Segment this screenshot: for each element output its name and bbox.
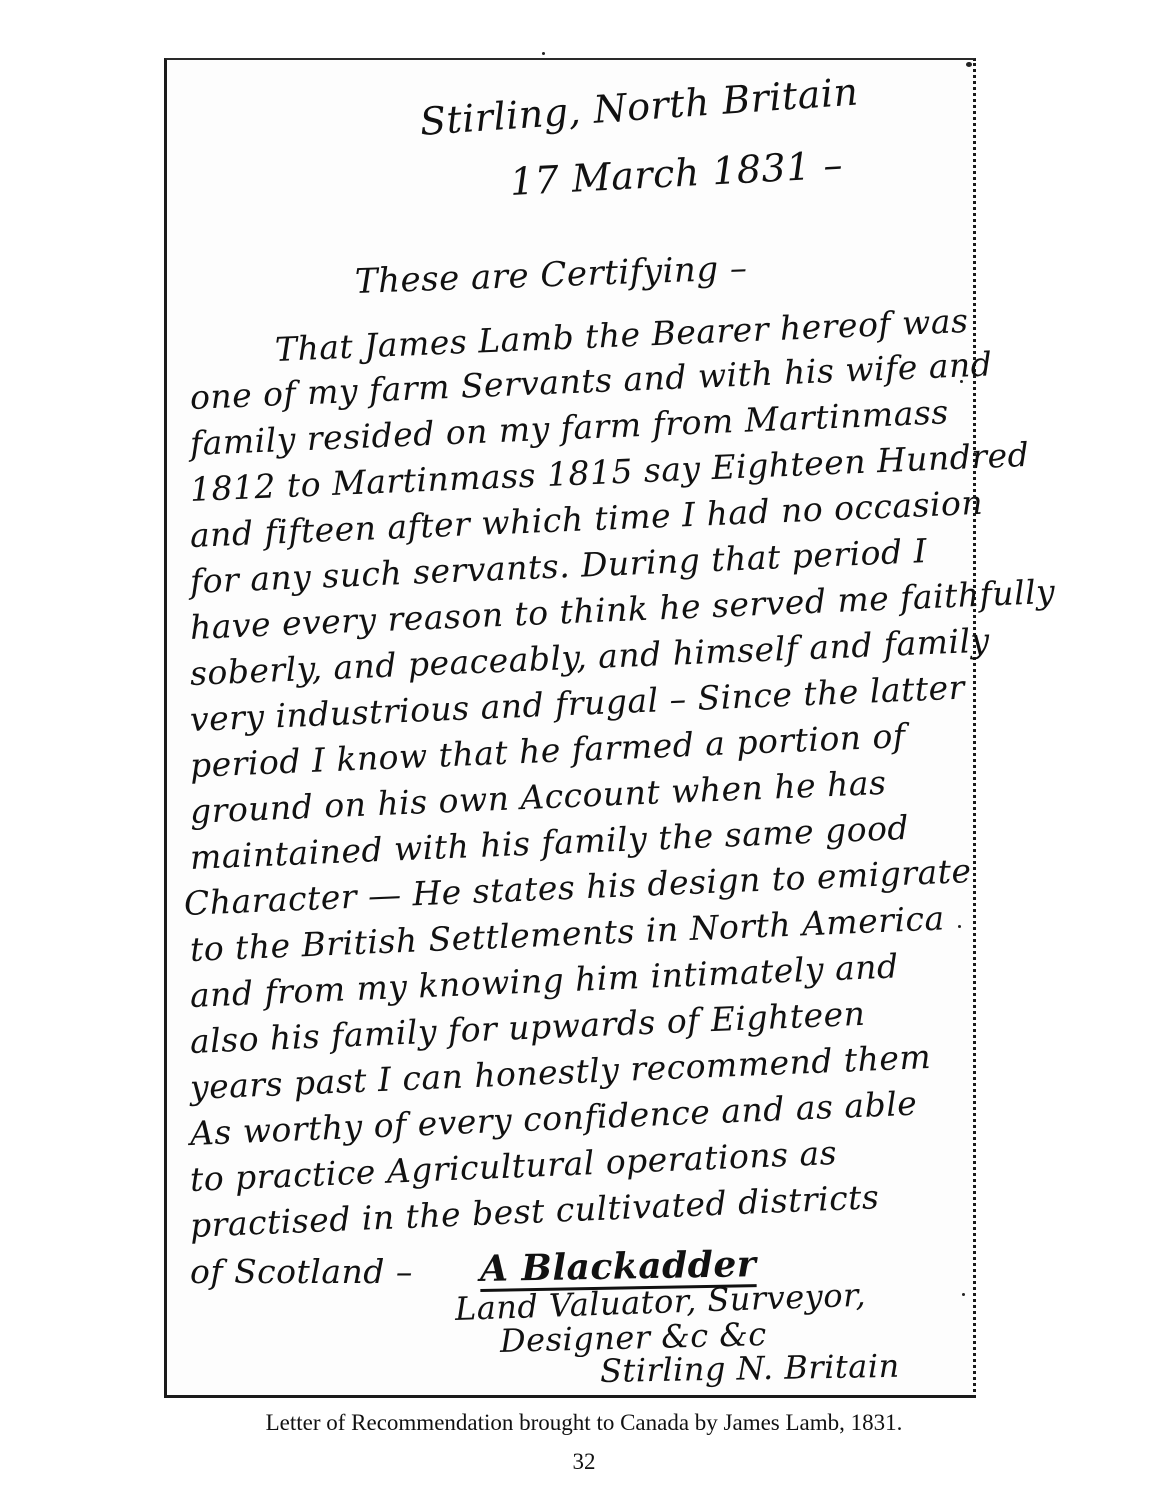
scan-speck	[962, 1293, 965, 1296]
scan-speck	[542, 52, 545, 55]
figure-caption: Letter of Recommendation brought to Cana…	[0, 1410, 1168, 1436]
document-page: Stirling, North Britain 17 March 1831 – …	[0, 0, 1168, 1498]
letter-line: of Scotland –	[190, 1252, 413, 1291]
scan-speck	[958, 925, 961, 928]
signature-title-line: Stirling N. Britain	[600, 1347, 900, 1390]
page-number: 32	[0, 1449, 1168, 1475]
scan-speck	[966, 62, 972, 67]
